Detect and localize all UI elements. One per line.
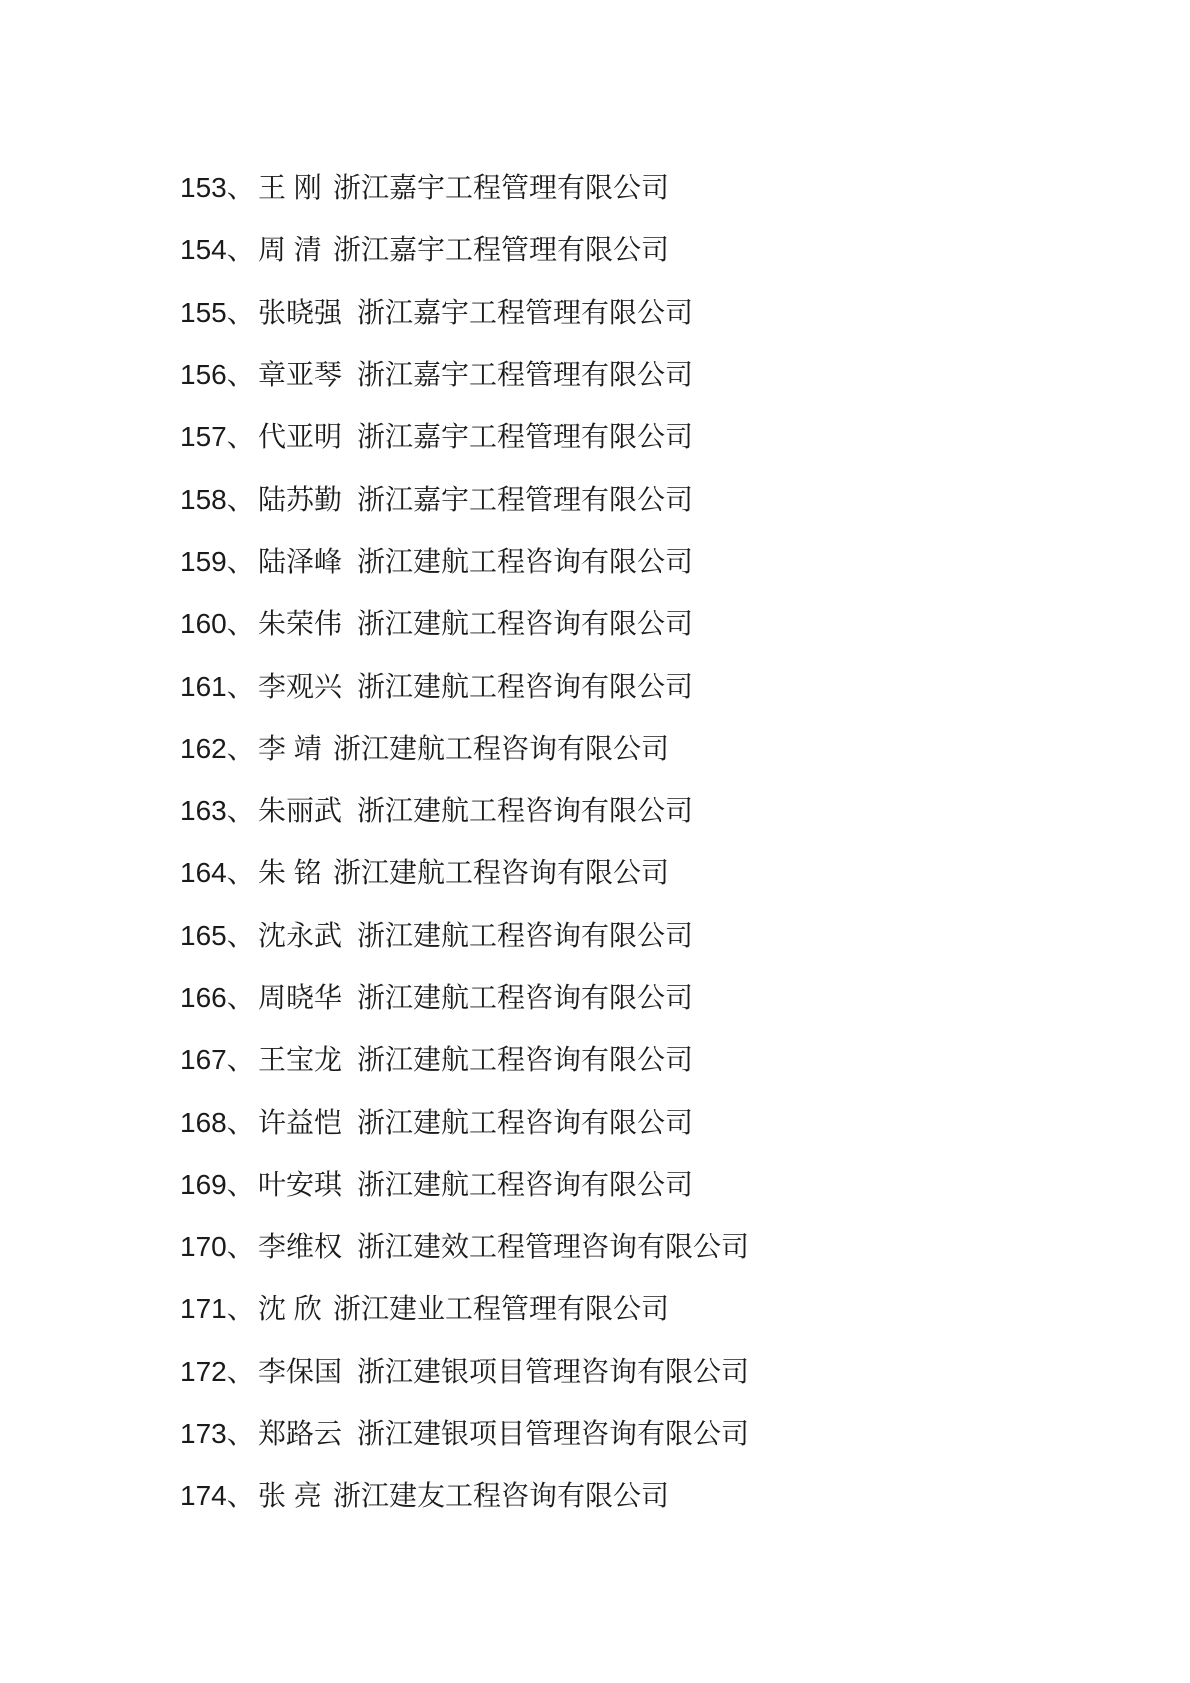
row-company: 浙江建航工程咨询有限公司: [357, 1109, 693, 1137]
row-name: 李保国: [258, 1358, 342, 1386]
list-row: 172、 李保国 浙江建银项目管理咨询有限公司: [180, 1341, 1190, 1403]
document-page: 153、 王 刚 浙江嘉宇工程管理有限公司 154、 周 清 浙江嘉宇工程管理有…: [0, 0, 1190, 1683]
row-number: 158、: [180, 486, 258, 514]
list-row: 162、 李 靖 浙江建航工程咨询有限公司: [180, 718, 1190, 780]
list-row: 161、 李观兴 浙江建航工程咨询有限公司: [180, 655, 1190, 717]
row-number: 173、: [180, 1420, 258, 1448]
row-company: 浙江建航工程咨询有限公司: [357, 1171, 693, 1199]
row-name: 李 靖: [258, 735, 323, 763]
list-row: 165、 沈永武 浙江建航工程咨询有限公司: [180, 905, 1190, 967]
list-row: 158、 陆苏勤 浙江嘉宇工程管理有限公司: [180, 468, 1190, 530]
row-number: 174、: [180, 1482, 258, 1510]
row-number: 161、: [180, 673, 258, 701]
list-row: 163、 朱丽武 浙江建航工程咨询有限公司: [180, 780, 1190, 842]
row-company: 浙江建航工程咨询有限公司: [357, 610, 693, 638]
row-name: 郑路云: [258, 1420, 342, 1448]
row-number: 153、: [180, 174, 258, 202]
row-name: 代亚明: [258, 423, 342, 451]
row-company: 浙江建航工程咨询有限公司: [357, 797, 693, 825]
row-name: 章亚琴: [258, 361, 342, 389]
row-number: 155、: [180, 299, 258, 327]
row-name: 周晓华: [258, 984, 342, 1012]
row-number: 167、: [180, 1046, 258, 1074]
row-company: 浙江建航工程咨询有限公司: [357, 922, 693, 950]
row-name: 李观兴: [258, 673, 342, 701]
row-number: 172、: [180, 1358, 258, 1386]
row-company: 浙江嘉宇工程管理有限公司: [357, 486, 693, 514]
row-company: 浙江嘉宇工程管理有限公司: [333, 174, 669, 202]
row-name: 周 清: [258, 236, 323, 264]
list-row: 159、 陆泽峰 浙江建航工程咨询有限公司: [180, 531, 1190, 593]
row-name: 王 刚: [258, 174, 323, 202]
row-company: 浙江嘉宇工程管理有限公司: [333, 236, 669, 264]
row-number: 163、: [180, 797, 258, 825]
list-row: 167、 王宝龙 浙江建航工程咨询有限公司: [180, 1029, 1190, 1091]
row-number: 164、: [180, 859, 258, 887]
list-row: 164、 朱 铭 浙江建航工程咨询有限公司: [180, 842, 1190, 904]
row-company: 浙江建航工程咨询有限公司: [357, 548, 693, 576]
row-company: 浙江嘉宇工程管理有限公司: [357, 361, 693, 389]
row-name: 李维权: [258, 1233, 342, 1261]
row-company: 浙江建航工程咨询有限公司: [357, 1046, 693, 1074]
name-list: 153、 王 刚 浙江嘉宇工程管理有限公司 154、 周 清 浙江嘉宇工程管理有…: [180, 157, 1190, 1528]
row-company: 浙江建航工程咨询有限公司: [357, 673, 693, 701]
row-name: 朱丽武: [258, 797, 342, 825]
row-number: 165、: [180, 922, 258, 950]
row-name: 沈永武: [258, 922, 342, 950]
row-company: 浙江建业工程管理有限公司: [333, 1295, 669, 1323]
row-number: 157、: [180, 423, 258, 451]
row-number: 169、: [180, 1171, 258, 1199]
row-number: 162、: [180, 735, 258, 763]
row-company: 浙江建效工程管理咨询有限公司: [357, 1233, 749, 1261]
row-company: 浙江建航工程咨询有限公司: [333, 735, 669, 763]
row-number: 160、: [180, 610, 258, 638]
list-row: 157、 代亚明 浙江嘉宇工程管理有限公司: [180, 406, 1190, 468]
row-name: 许益恺: [258, 1109, 342, 1137]
row-company: 浙江建银项目管理咨询有限公司: [357, 1358, 749, 1386]
row-number: 156、: [180, 361, 258, 389]
row-name: 沈 欣: [258, 1295, 323, 1323]
row-name: 陆苏勤: [258, 486, 342, 514]
row-name: 叶安琪: [258, 1171, 342, 1199]
row-company: 浙江建航工程咨询有限公司: [333, 859, 669, 887]
row-number: 168、: [180, 1109, 258, 1137]
list-row: 171、 沈 欣 浙江建业工程管理有限公司: [180, 1278, 1190, 1340]
row-name: 王宝龙: [258, 1046, 342, 1074]
row-company: 浙江嘉宇工程管理有限公司: [357, 423, 693, 451]
row-number: 171、: [180, 1295, 258, 1323]
row-name: 张 亮: [258, 1482, 323, 1510]
list-row: 154、 周 清 浙江嘉宇工程管理有限公司: [180, 219, 1190, 281]
row-company: 浙江嘉宇工程管理有限公司: [357, 299, 693, 327]
list-row: 169、 叶安琪 浙江建航工程咨询有限公司: [180, 1154, 1190, 1216]
row-name: 张晓强: [258, 299, 342, 327]
row-name: 陆泽峰: [258, 548, 342, 576]
list-row: 160、 朱荣伟 浙江建航工程咨询有限公司: [180, 593, 1190, 655]
list-row: 173、 郑路云 浙江建银项目管理咨询有限公司: [180, 1403, 1190, 1465]
list-row: 153、 王 刚 浙江嘉宇工程管理有限公司: [180, 157, 1190, 219]
row-number: 159、: [180, 548, 258, 576]
row-name: 朱荣伟: [258, 610, 342, 638]
row-number: 170、: [180, 1233, 258, 1261]
row-company: 浙江建航工程咨询有限公司: [357, 984, 693, 1012]
list-row: 166、 周晓华 浙江建航工程咨询有限公司: [180, 967, 1190, 1029]
list-row: 155、 张晓强 浙江嘉宇工程管理有限公司: [180, 282, 1190, 344]
list-row: 174、 张 亮 浙江建友工程咨询有限公司: [180, 1465, 1190, 1527]
row-number: 154、: [180, 236, 258, 264]
list-row: 156、 章亚琴 浙江嘉宇工程管理有限公司: [180, 344, 1190, 406]
list-row: 170、 李维权 浙江建效工程管理咨询有限公司: [180, 1216, 1190, 1278]
row-name: 朱 铭: [258, 859, 323, 887]
row-number: 166、: [180, 984, 258, 1012]
row-company: 浙江建友工程咨询有限公司: [333, 1482, 669, 1510]
row-company: 浙江建银项目管理咨询有限公司: [357, 1420, 749, 1448]
list-row: 168、 许益恺 浙江建航工程咨询有限公司: [180, 1091, 1190, 1153]
